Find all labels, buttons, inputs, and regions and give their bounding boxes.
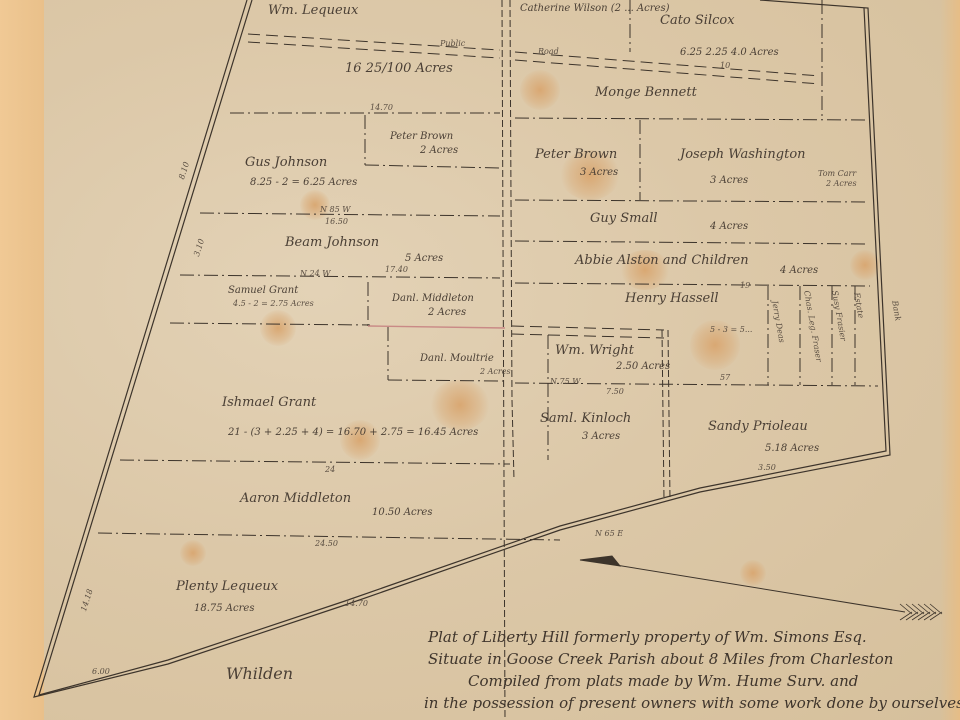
measurement: 16.50	[325, 218, 348, 226]
parcel-owner: Wm. Wright	[555, 344, 634, 357]
parcel-acres: 5 - 3 = 5...	[710, 326, 752, 334]
parcel-owner: Danl. Moultrie	[420, 354, 494, 364]
measurement: 7.50	[606, 388, 624, 396]
parcel-owner: Cato Silcox	[660, 14, 735, 27]
measurement: N 85 W	[320, 206, 351, 214]
parcel-owner: Saml. Kinloch	[540, 412, 631, 425]
parcel-owner: Samuel Grant	[228, 286, 298, 296]
parcel-owner: Danl. Middleton	[392, 294, 474, 304]
measurement: 57	[720, 374, 730, 382]
measurement: N 75 W	[550, 378, 581, 386]
measurement: 19	[740, 282, 750, 290]
parcel-owner: Sandy Prioleau	[708, 420, 808, 433]
parcel-owner: Guy Small	[590, 212, 658, 225]
parcel-acres: 3 Acres	[580, 168, 618, 178]
parcel-acres: 18.75 Acres	[194, 604, 254, 614]
title-line-4: in the possession of present owners with…	[424, 692, 960, 714]
title-line-2: Situate in Goose Creek Parish about 8 Mi…	[428, 648, 960, 670]
parcel-acres: 3 Acres	[710, 176, 748, 186]
measurement: 14.70	[345, 600, 368, 608]
parcel-owner: Peter Brown	[535, 148, 617, 161]
road-label: Road	[538, 48, 559, 56]
title-block: Plat of Liberty Hill formerly property o…	[428, 626, 960, 714]
parcel-acres: 8.25 - 2 = 6.25 Acres	[250, 178, 357, 188]
adjacent-owner-whilden: Whilden	[226, 666, 293, 682]
measurement: 24.50	[315, 540, 338, 548]
parcel-acres: 6.25 2.25 4.0 Acres	[680, 48, 779, 58]
title-line-1: Plat of Liberty Hill formerly property o…	[428, 626, 960, 648]
title-line-3: Compiled from plats made by Wm. Hume Sur…	[468, 670, 960, 692]
parcel-acres: 2 Acres	[428, 308, 466, 318]
measurement: 24	[325, 466, 335, 474]
parcel-owner: Monge Bennett	[595, 86, 697, 99]
parcel-acres: 2 Acres	[420, 146, 458, 156]
parcel-owner: Plenty Lequeux	[176, 580, 278, 593]
parcel-owner: Joseph Washington	[680, 148, 806, 161]
parcel-owner: Catherine Wilson (2 ... Acres)	[520, 4, 670, 14]
parcel-acres: 2.50 Acres	[616, 362, 670, 372]
measurement: 6.00	[92, 668, 110, 676]
parcel-owner: Peter Brown	[390, 132, 453, 142]
measurement: 10	[720, 62, 730, 70]
parcel-owner: Ishmael Grant	[222, 396, 316, 409]
parcel-owner: Beam Johnson	[285, 236, 379, 249]
road-label: Public	[440, 40, 465, 48]
parcel-acres: 4 Acres	[710, 222, 748, 232]
measurement: N 65 E	[595, 530, 623, 538]
parcel-owner: Abbie Alston and Children	[575, 254, 749, 267]
parcel-acres: 3 Acres	[582, 432, 620, 442]
measurement: 3.50	[758, 464, 776, 472]
parcel-acres: 5 Acres	[405, 254, 443, 264]
north-arrow-icon	[580, 555, 950, 625]
parcel-owner: Aaron Middleton	[240, 492, 351, 505]
parcel-acres: 16 25/100 Acres	[345, 62, 453, 75]
parcel-owner: Tom Carr	[818, 170, 856, 178]
measurement: 14.70	[370, 104, 393, 112]
parcel-owner: Gus Johnson	[245, 156, 327, 169]
parcel-owner: Wm. Lequeux	[268, 4, 358, 17]
parcel-acres: 10.50 Acres	[372, 508, 432, 518]
parcel-acres: 21 - (3 + 2.25 + 4) = 16.70 + 2.75 = 16.…	[228, 428, 478, 438]
parcel-acres: 4.5 - 2 = 2.75 Acres	[233, 300, 314, 308]
parcel-owner: Henry Hassell	[625, 292, 719, 305]
parcel-acres: 4 Acres	[780, 266, 818, 276]
parcel-acres: 2 Acres	[480, 368, 511, 376]
parcel-acres: 5.18 Acres	[765, 444, 819, 454]
measurement: 17.40	[385, 266, 408, 274]
parcel-acres: 2 Acres	[826, 180, 857, 188]
measurement: N 24 W	[300, 270, 331, 278]
